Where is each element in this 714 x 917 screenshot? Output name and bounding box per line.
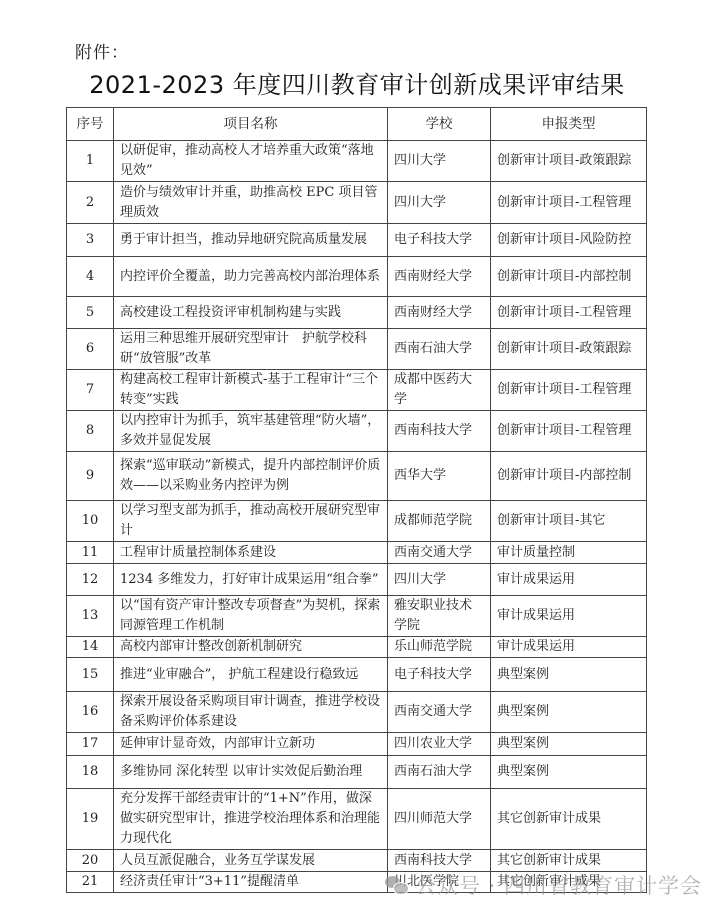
- table-row: 15 推进“业审融合”， 护航工程建设行稳致远 电子科技大学 典型案例: [67, 658, 647, 692]
- cell-type: 其它创新审计成果: [491, 850, 647, 872]
- cell-type: 典型案例: [491, 733, 647, 756]
- cell-no: 18: [67, 756, 114, 789]
- table-row: 11 工程审计质量控制体系建设 西南交通大学 审计质量控制: [67, 542, 647, 564]
- cell-type: 创新审计项目-风险防控: [491, 224, 647, 257]
- table-row: 4 内控评价全覆盖，助力完善高校内部治理体系 西南财经大学 创新审计项目-内部控…: [67, 257, 647, 297]
- cell-school: 电子科技大学: [388, 224, 491, 257]
- cell-type: 典型案例: [491, 692, 647, 733]
- cell-no: 13: [67, 596, 114, 637]
- cell-type: 创新审计项目-工程管理: [491, 297, 647, 329]
- table-row: 14 高校内部审计整改创新机制研究 乐山师范学院 审计成果运用: [67, 637, 647, 658]
- cell-school: 西南交通大学: [388, 692, 491, 733]
- cell-no: 7: [67, 370, 114, 411]
- cell-project-name: 造价与绩效审计并重，助推高校 EPC 项目管理质效: [114, 182, 388, 224]
- cell-project-name: 勇于审计担当，推动异地研究院高质量发展: [114, 224, 388, 257]
- table-row: 9 探索“巡审联动”新模式，提升内部控制评价质效——以采购业务内控评为例 西华大…: [67, 452, 647, 501]
- cell-project-name: 探索开展设备采购项目审计调查，推进学校设备采购评价体系建设: [114, 692, 388, 733]
- cell-type: 创新审计项目-政策跟踪: [491, 141, 647, 182]
- cell-no: 14: [67, 637, 114, 658]
- cell-type: 创新审计项目-工程管理: [491, 182, 647, 224]
- cell-school: 西南交通大学: [388, 542, 491, 564]
- table-row: 10 以学习型支部为抓手，推动高校开展研究型审计 成都师范学院 创新审计项目-其…: [67, 501, 647, 542]
- cell-school: 成都中医药大学: [388, 370, 491, 411]
- cell-project-name: 构建高校工程审计新模式-基于工程审计“三个转变”实践: [114, 370, 388, 411]
- cell-school: 电子科技大学: [388, 658, 491, 692]
- cell-no: 4: [67, 257, 114, 297]
- cell-project-name: 探索“巡审联动”新模式，提升内部控制评价质效——以采购业务内控评为例: [114, 452, 388, 501]
- cell-type: 创新审计项目-工程管理: [491, 411, 647, 452]
- cell-school: 乐山师范学院: [388, 637, 491, 658]
- cell-project-name: 以研促审，推动高校人才培养重大政策“落地见效”: [114, 141, 388, 182]
- cell-school: 四川师范大学: [388, 789, 491, 850]
- cell-type: 创新审计项目-工程管理: [491, 370, 647, 411]
- watermark: 公众号 · 四川省教育审计学会: [385, 870, 702, 900]
- wechat-icon: [385, 875, 409, 895]
- cell-type: 审计成果运用: [491, 596, 647, 637]
- table-row: 7 构建高校工程审计新模式-基于工程审计“三个转变”实践 成都中医药大学 创新审…: [67, 370, 647, 411]
- cell-school: 西南科技大学: [388, 411, 491, 452]
- cell-project-name: 经济责任审计“3+11”提醒清单: [114, 872, 388, 893]
- cell-project-name: 以内控审计为抓手，筑牢基建管理“防火墙”，多效并显促发展: [114, 411, 388, 452]
- cell-project-name: 以“国有资产审计整改专项督查”为契机，探索同源管理工作机制: [114, 596, 388, 637]
- header-type: 申报类型: [491, 108, 647, 141]
- cell-no: 15: [67, 658, 114, 692]
- table-row: 16 探索开展设备采购项目审计调查，推进学校设备采购评价体系建设 西南交通大学 …: [67, 692, 647, 733]
- cell-no: 5: [67, 297, 114, 329]
- table-row: 20 人员互派促融合，业务互学谋发展 西南科技大学 其它创新审计成果: [67, 850, 647, 872]
- table-row: 17 延伸审计显奇效，内部审计立新功 四川农业大学 典型案例: [67, 733, 647, 756]
- cell-project-name: 运用三种思维开展研究型审计 护航学校科研“放管服”改革: [114, 329, 388, 370]
- cell-project-name: 以学习型支部为抓手，推动高校开展研究型审计: [114, 501, 388, 542]
- cell-no: 12: [67, 564, 114, 596]
- cell-school: 成都师范学院: [388, 501, 491, 542]
- table-row: 1 以研促审，推动高校人才培养重大政策“落地见效” 四川大学 创新审计项目-政策…: [67, 141, 647, 182]
- header-no: 序号: [67, 108, 114, 141]
- header-project-name: 项目名称: [114, 108, 388, 141]
- cell-school: 西南科技大学: [388, 850, 491, 872]
- cell-no: 21: [67, 872, 114, 893]
- cell-no: 3: [67, 224, 114, 257]
- cell-project-name: 1234 多维发力，打好审计成果运用“组合拳”: [114, 564, 388, 596]
- cell-project-name: 多维协同 深化转型 以审计实效促后勤治理: [114, 756, 388, 789]
- cell-type: 典型案例: [491, 658, 647, 692]
- cell-school: 雅安职业技术学院: [388, 596, 491, 637]
- cell-type: 审计成果运用: [491, 637, 647, 658]
- cell-school: 四川大学: [388, 564, 491, 596]
- cell-school: 西南石油大学: [388, 329, 491, 370]
- document-title: 2021-2023 年度四川教育审计创新成果评审结果: [0, 70, 714, 100]
- cell-school: 四川大学: [388, 141, 491, 182]
- cell-project-name: 延伸审计显奇效，内部审计立新功: [114, 733, 388, 756]
- header-school: 学校: [388, 108, 491, 141]
- table-header-row: 序号 项目名称 学校 申报类型: [67, 108, 647, 141]
- cell-project-name: 工程审计质量控制体系建设: [114, 542, 388, 564]
- cell-project-name: 充分发挥干部经责审计的“1+N”作用，做深做实研究型审计，推进学校治理体系和治理…: [114, 789, 388, 850]
- cell-no: 1: [67, 141, 114, 182]
- cell-project-name: 高校建设工程投资评审机制构建与实践: [114, 297, 388, 329]
- cell-type: 创新审计项目-内部控制: [491, 257, 647, 297]
- cell-type: 创新审计项目-内部控制: [491, 452, 647, 501]
- attachment-label: 附件：: [75, 38, 129, 63]
- results-table: 序号 项目名称 学校 申报类型 1 以研促审，推动高校人才培养重大政策“落地见效…: [66, 107, 647, 893]
- table-row: 12 1234 多维发力，打好审计成果运用“组合拳” 四川大学 审计成果运用: [67, 564, 647, 596]
- table-row: 3 勇于审计担当，推动异地研究院高质量发展 电子科技大学 创新审计项目-风险防控: [67, 224, 647, 257]
- cell-no: 8: [67, 411, 114, 452]
- table-row: 8 以内控审计为抓手，筑牢基建管理“防火墙”，多效并显促发展 西南科技大学 创新…: [67, 411, 647, 452]
- cell-project-name: 高校内部审计整改创新机制研究: [114, 637, 388, 658]
- cell-type: 审计质量控制: [491, 542, 647, 564]
- cell-type: 典型案例: [491, 756, 647, 789]
- cell-type: 其它创新审计成果: [491, 789, 647, 850]
- cell-no: 20: [67, 850, 114, 872]
- cell-type: 审计成果运用: [491, 564, 647, 596]
- table-row: 18 多维协同 深化转型 以审计实效促后勤治理 西南石油大学 典型案例: [67, 756, 647, 789]
- cell-no: 16: [67, 692, 114, 733]
- cell-project-name: 内控评价全覆盖，助力完善高校内部治理体系: [114, 257, 388, 297]
- table-row: 5 高校建设工程投资评审机制构建与实践 西南财经大学 创新审计项目-工程管理: [67, 297, 647, 329]
- cell-type: 创新审计项目-其它: [491, 501, 647, 542]
- cell-school: 四川农业大学: [388, 733, 491, 756]
- cell-no: 11: [67, 542, 114, 564]
- cell-project-name: 人员互派促融合，业务互学谋发展: [114, 850, 388, 872]
- watermark-text: 公众号 · 四川省教育审计学会: [415, 870, 702, 900]
- cell-school: 西南财经大学: [388, 297, 491, 329]
- table-row: 6 运用三种思维开展研究型审计 护航学校科研“放管服”改革 西南石油大学 创新审…: [67, 329, 647, 370]
- table-row: 2 造价与绩效审计并重，助推高校 EPC 项目管理质效 四川大学 创新审计项目-…: [67, 182, 647, 224]
- cell-no: 9: [67, 452, 114, 501]
- cell-project-name: 推进“业审融合”， 护航工程建设行稳致远: [114, 658, 388, 692]
- cell-no: 10: [67, 501, 114, 542]
- cell-no: 2: [67, 182, 114, 224]
- cell-type: 创新审计项目-政策跟踪: [491, 329, 647, 370]
- table-row: 13 以“国有资产审计整改专项督查”为契机，探索同源管理工作机制 雅安职业技术学…: [67, 596, 647, 637]
- cell-school: 西南石油大学: [388, 756, 491, 789]
- table-row: 19 充分发挥干部经责审计的“1+N”作用，做深做实研究型审计，推进学校治理体系…: [67, 789, 647, 850]
- cell-no: 19: [67, 789, 114, 850]
- cell-school: 西华大学: [388, 452, 491, 501]
- cell-no: 6: [67, 329, 114, 370]
- cell-school: 四川大学: [388, 182, 491, 224]
- cell-school: 西南财经大学: [388, 257, 491, 297]
- cell-no: 17: [67, 733, 114, 756]
